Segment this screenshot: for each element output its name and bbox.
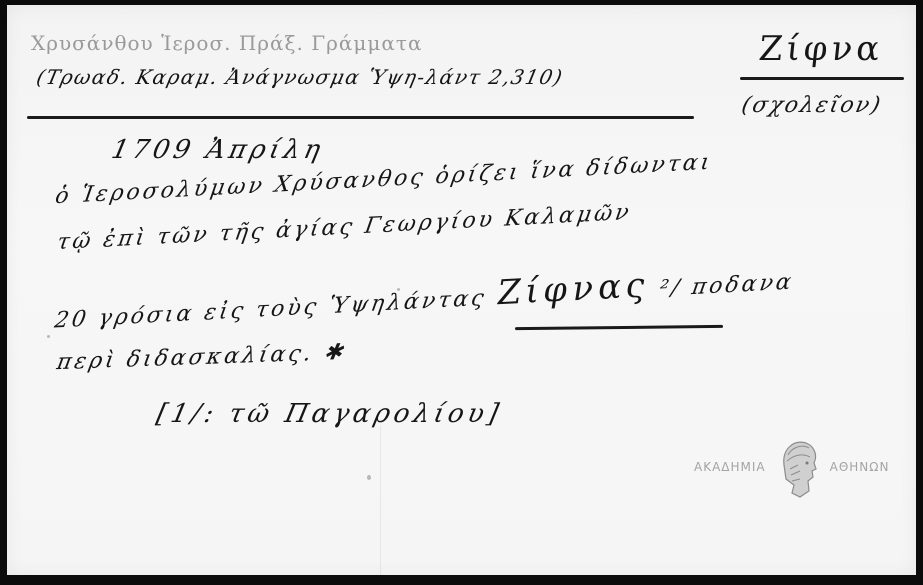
body-line-4-text: περὶ διδασκαλίας.	[55, 341, 316, 375]
athena-head-icon	[776, 435, 820, 499]
typed-header: Χρυσάνθου Ἱεροσ. Πράξ. Γράμματα	[31, 31, 423, 55]
source-reference: (Τρωαδ. Καραμ. Ἀνάγνωσμα Ὑψη-λάντ 2,310)	[34, 65, 565, 89]
header-divider	[27, 116, 694, 119]
body-line-3-text: 20 γρόσια εἰς τοὺς Ὑψηλάντας	[53, 286, 489, 334]
logo-right-text: ΑΘΗΝΩΝ	[830, 460, 890, 474]
academy-logo: ΑΚΑΔΗΜΙΑ ΑΘΗΝΩΝ	[694, 435, 889, 499]
body-line-2: τῷ ἐπὶ τῶν τῆς ἀγίας Γεωργίου Καλαμῶν	[55, 200, 633, 255]
paper-speck	[47, 335, 50, 338]
paper-speck	[367, 475, 371, 480]
body-line-3-tail: ²/ ποδανα	[658, 270, 796, 302]
paper-speck	[397, 288, 400, 291]
headword: Ζίφνα	[757, 29, 886, 69]
headword-underline	[740, 77, 904, 80]
logo-left-text: ΑΚΑΔΗΜΙΑ	[694, 460, 766, 474]
body-headword: Ζίφνας	[494, 265, 654, 313]
date-line: 1709 Ἀπρίλη	[109, 135, 327, 165]
bracket-note: [1/: τῶ Παγαρολίου]	[154, 399, 505, 429]
body-line-4: περὶ διδασκαλίας. ✱	[55, 340, 348, 375]
paper-crease	[380, 425, 381, 575]
headword-note: (σχολεῖον)	[739, 93, 884, 118]
asterisk-mark: ✱	[322, 340, 348, 366]
body-underline	[515, 325, 723, 330]
